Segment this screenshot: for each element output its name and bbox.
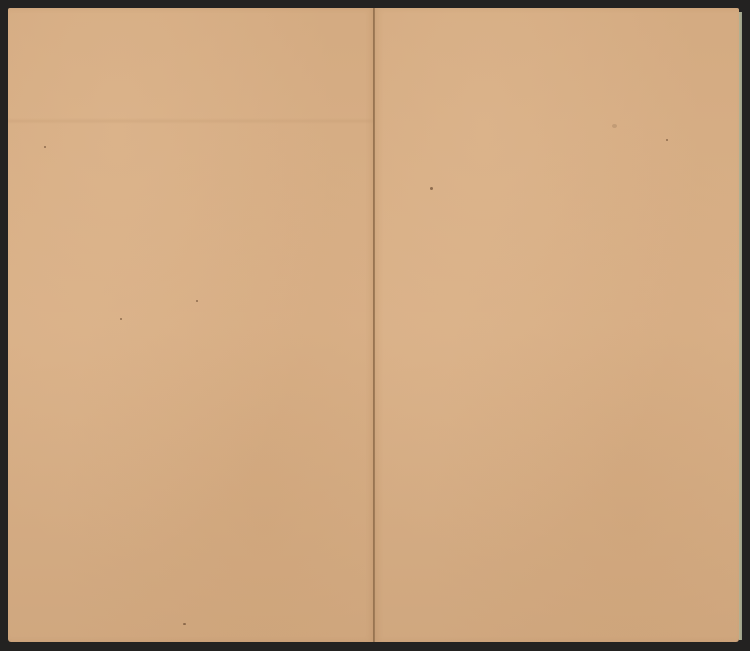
right-page-edge (739, 12, 742, 640)
paper-speck (120, 318, 122, 320)
paper-speck (183, 623, 186, 625)
book-scan (0, 0, 750, 651)
paper-speck (196, 300, 198, 302)
right-page (375, 8, 739, 642)
left-page (8, 8, 374, 642)
left-page-crease (8, 118, 374, 124)
paper-speck (666, 139, 668, 141)
paper-speck (44, 146, 46, 148)
paper-speck (612, 124, 617, 128)
paper-speck (430, 187, 433, 190)
